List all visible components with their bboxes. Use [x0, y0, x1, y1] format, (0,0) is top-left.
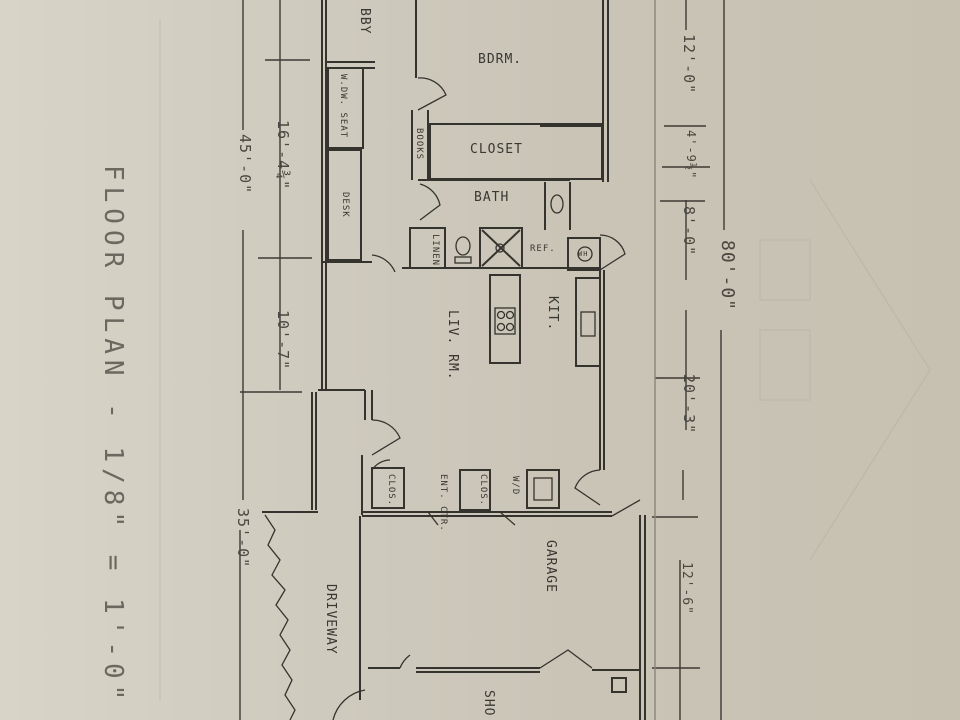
floor-plan-drawing: [0, 0, 960, 720]
room-books: BOOKS: [414, 128, 424, 160]
room-refrigerator: REF.: [530, 244, 556, 254]
room-garage: GARAGE: [543, 540, 558, 593]
dim-right-3: 8'-0": [680, 206, 698, 256]
dim-right-5: 12'-6": [679, 562, 694, 615]
room-desk: DESK: [340, 192, 350, 218]
floor-plan-sheet: FLOOR PLAN - 1/8" = 1'-0" BBY W.DW. SEAT…: [0, 0, 960, 720]
room-washer-dryer: W/D: [510, 476, 520, 495]
room-linen: LINEN: [430, 234, 440, 266]
dim-right-1: 12'-0": [680, 34, 698, 94]
dim-left-upper: 16'-4¾": [274, 120, 292, 190]
dim-left-lower: 35'-0": [234, 508, 252, 568]
room-bedroom: BDRM.: [478, 52, 522, 67]
room-closet-2: CLOS.: [478, 474, 488, 506]
dim-overall: 80'-0": [717, 240, 738, 311]
room-living: LIV. RM.: [445, 310, 460, 381]
room-driveway: DRIVEWAY: [323, 584, 338, 655]
room-entry-center: ENT. CTR.: [438, 474, 448, 532]
room-window-seat: W.DW. SEAT: [338, 74, 348, 138]
room-closet: CLOSET: [470, 142, 523, 157]
room-kitchen: KIT.: [545, 296, 560, 331]
dim-left-middle: 10'-7": [274, 310, 292, 370]
room-bath: BATH: [474, 190, 509, 205]
dim-right-2: 4'-9½": [684, 130, 698, 179]
dimension-lines: [240, 0, 724, 720]
dim-right-4: 20'-3": [680, 374, 698, 434]
room-closet-1: CLOS.: [386, 474, 396, 506]
room-shop: SHO: [481, 690, 496, 716]
dim-left-total: 45'-0": [236, 134, 254, 194]
room-water-heater: WH: [578, 250, 588, 258]
room-lobby: BBY: [357, 8, 372, 34]
plan-title: FLOOR PLAN - 1/8" = 1'-0": [98, 165, 128, 706]
